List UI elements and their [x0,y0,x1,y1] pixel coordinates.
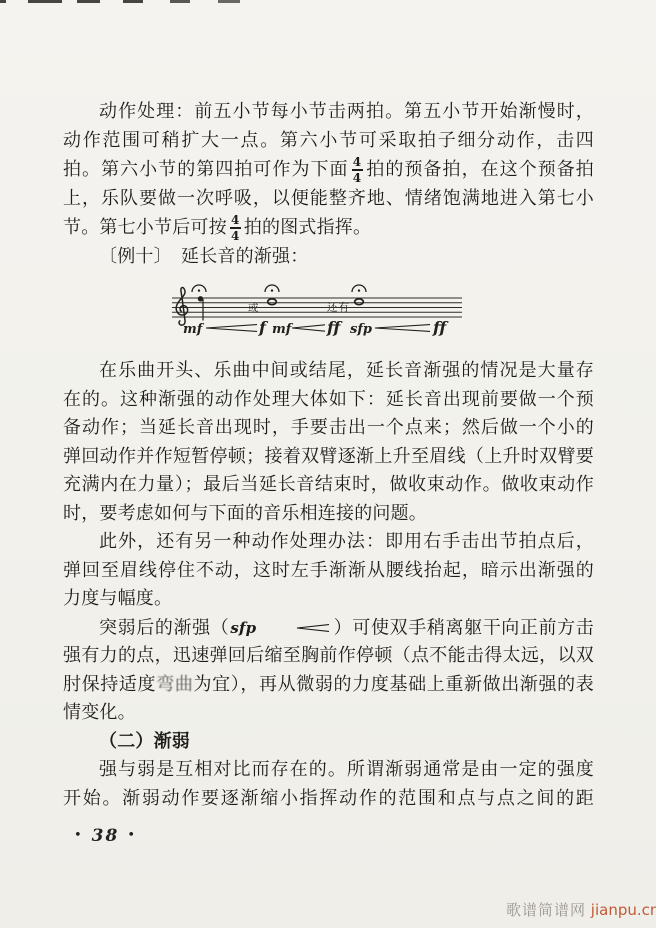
fermata-icon [352,285,366,292]
page-number-bullet: • [127,828,137,843]
music-example: 或 还有 mf f mf ff sfp ff [162,278,482,344]
fermata-icon [265,285,279,292]
body-line: 在的。这种渐强的动作处理大体如下：延长音出现前要做一个预 [63,386,594,415]
body-line: 上，乐队要做一次呼吸，以便能整齐地、情绪饱满地进入第七小 [63,184,594,213]
body-line: 动作范围可稍扩大一点。第六小节可采取拍子细分动作，击四 [63,126,594,155]
connector-label-also: 还有 [327,301,350,314]
whole-note [268,299,277,305]
whole-note [355,299,364,305]
body-line: 在乐曲开头、乐曲中间或结尾，延长音渐强的情况是大量存 [63,357,594,386]
subsection-heading: （二）渐弱 [63,728,594,757]
body-line: 时，要考虑如何与下面的音乐相连接的问题。 [63,500,594,529]
body-line: 节。第七小节后可按44拍的图式指挥。 [63,213,594,242]
body-line: 情变化。 [63,699,594,728]
watermark-site-url: jianpu.cn [591,901,656,919]
crescendo-hairpin-icon [206,325,257,332]
scan-mark [28,0,62,3]
dynamic-mark: ff [326,318,343,337]
body-line: 突弱后的渐强（sfp）可使双手稍离躯干向正前方击一个 [63,614,594,643]
body-line: 开始。渐弱动作要逐渐缩小指挥动作的范围和点与点之间的距 [63,785,594,814]
page-number-value: 38 [84,826,128,846]
scan-mark [77,0,100,3]
body-line: 强与弱是互相对比而存在的。所谓渐弱通常是由一定的强度 [63,756,594,785]
body-line: 力度与幅度。 [63,585,594,614]
body-line: 动作处理：前五小节每小节击两拍。第五小节开始渐慢时， [63,97,594,126]
scan-mark [0,0,6,3]
time-signature-fraction: 44 [352,156,363,184]
crescendo-hairpin-icon [375,325,430,332]
site-watermark: 歌谱简谱网 jianpu.cn [506,899,656,920]
scanned-book-page: 动作处理：前五小节每小节击两拍。第五小节开始渐慢时，动作范围可稍扩大一点。第六小… [0,0,656,928]
dynamic-mark: mf [272,322,294,337]
treble-clef-icon [176,288,187,326]
dynamic-mark-inline: sfp [229,619,257,637]
body-line: 弹回动作并作短暂停顿；接着双臂逐渐上升至眉线（上升时双臂要 [63,443,594,472]
paragraphs-top: 动作处理：前五小节每小节击两拍。第五小节开始渐慢时，动作范围可稍扩大一点。第六小… [63,97,594,271]
page-number: •38• [74,826,137,846]
scan-mark [218,0,240,3]
crescendo-hairpin-icon [292,325,325,331]
body-line: 弹回至眉线停住不动，这时左手渐渐从腰线抬起，暗示出渐强的 [63,557,594,586]
time-signature-fraction: 44 [230,214,241,242]
smudged-text: 弯曲 [156,674,193,695]
scan-mark [170,0,190,3]
example-caption: 〔例十〕 延长音的渐强： [63,242,594,271]
body-line: 充满内在力量）；最后当延长音结束时，做收束动作。做收束动作 [63,471,594,500]
watermark-site-name: 歌谱简谱网 [506,901,586,919]
dynamic-mark: f [258,318,269,337]
dynamic-mark: mf [183,322,205,337]
body-line: 此外，还有另一种动作处理办法：即用右手击出节拍点后， [63,528,594,557]
body-line: 肘保持适度弯曲为宜），再从微弱的力度基础上重新做出渐强的表 [63,671,594,700]
staff-lines [172,298,462,317]
body-line: 备动作；当延长音出现时，手要击出一个点来；然后做一个小的 [63,414,594,443]
fermata-icon [192,285,206,292]
paragraphs-bottom: 在乐曲开头、乐曲中间或结尾，延长音渐强的情况是大量存在的。这种渐强的动作处理大体… [63,357,594,813]
crescendo-hairpin-icon [260,614,330,643]
connector-label-or: 或 [248,301,259,314]
dynamic-mark: sfp [350,322,372,337]
scan-mark [123,0,143,3]
body-line: 强有力的点，迅速弹回后缩至胸前作停顿（点不能击得太远，以双 [63,642,594,671]
page-number-bullet: • [74,828,84,843]
dynamic-mark: ff [432,318,449,337]
body-line: 拍。第六小节的第四拍可作为下面44拍的预备拍，在这个预备拍 [63,155,594,184]
